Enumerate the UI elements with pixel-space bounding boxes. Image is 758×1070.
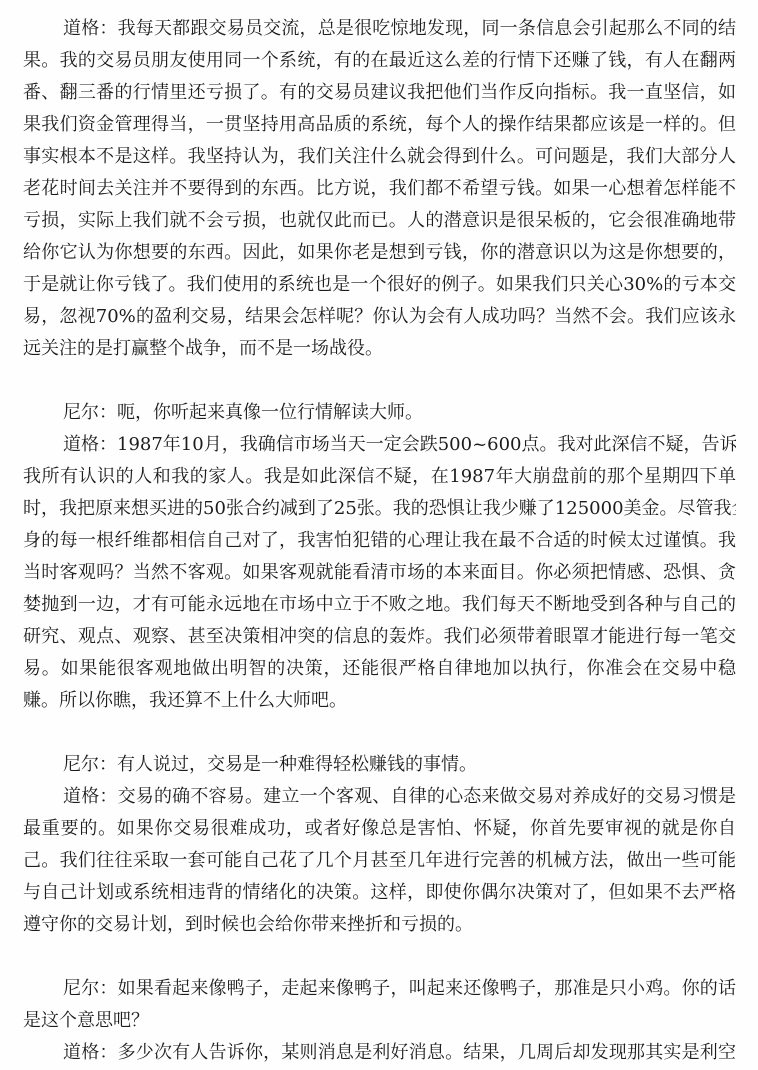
dialogue-paragraph: 尼尔：有人说过，交易是一种难得轻松赚钱的事情。 bbox=[23, 749, 736, 781]
dialogue-block: 尼尔：有人说过，交易是一种难得轻松赚钱的事情。道格：交易的确不容易。建立一个客观… bbox=[23, 749, 736, 941]
text-line: 我所有认识的人和我的家人。我是如此深信不疑，在1987年大崩盘前的那个星期四下单 bbox=[23, 461, 736, 493]
dialogue-paragraph: 尼尔：呃，你听起来真像一位行情解读大师。 bbox=[23, 397, 736, 429]
dialogue-paragraph: 道格：1987年10月，我确信市场当天一定会跌500~600点。我对此深信不疑，… bbox=[23, 429, 736, 717]
text-line: 果。我的交易员朋友使用同一个系统，有的在最近这么差的行情下还赚了钱，有人在翻两 bbox=[23, 45, 736, 77]
book-page: 道格：我每天都跟交易员交流，总是很吃惊地发现，同一条信息会引起那么不同的结果。我… bbox=[0, 0, 758, 1070]
text-line: 尼尔：如果看起来像鸭子，走起来像鸭子，叫起来还像鸭子，那准是只小鸡。你的话 bbox=[23, 973, 736, 1005]
text-line: 易。如果能很客观地做出明智的决策，还能很严格自律地加以执行，你准会在交易中稳 bbox=[23, 653, 736, 685]
text-line: 于是就让你亏钱了。我们使用的系统也是一个很好的例子。如果我们只关心30%的亏本交 bbox=[23, 269, 736, 301]
text-line: 老花时间去关注并不要得到的东西。比方说，我们都不希望亏钱。如果一心想着怎样能不 bbox=[23, 173, 736, 205]
text-line: 事实根本不是这样。我坚持认为，我们关注什么就会得到什么。可问题是，我们大部分人 bbox=[23, 141, 736, 173]
page-content: 道格：我每天都跟交易员交流，总是很吃惊地发现，同一条信息会引起那么不同的结果。我… bbox=[23, 13, 736, 1069]
text-line: 道格：交易的确不容易。建立一个客观、自律的心态来做交易对养成好的交易习惯是 bbox=[23, 781, 736, 813]
dialogue-paragraph: 道格：多少次有人告诉你，某则消息是利好消息。结果，几周后却发现那其实是利空 bbox=[23, 1037, 736, 1069]
text-line: 远关注的是打赢整个战争，而不是一场战役。 bbox=[23, 333, 736, 365]
text-line: 身的每一根纤维都相信自己对了，我害怕犯错的心理让我在最不合适的时候太过谨慎。我 bbox=[23, 525, 736, 557]
text-line: 亏损，实际上我们就不会亏损，也就仅此而已。人的潜意识是很呆板的，它会很准确地带 bbox=[23, 205, 736, 237]
dialogue-block: 尼尔：如果看起来像鸭子，走起来像鸭子，叫起来还像鸭子，那准是只小鸡。你的话是这个… bbox=[23, 973, 736, 1069]
dialogue-block: 尼尔：呃，你听起来真像一位行情解读大师。道格：1987年10月，我确信市场当天一… bbox=[23, 397, 736, 717]
text-line: 时，我把原来想买进的50张合约减到了25张。我的恐惧让我少赚了125000美金。… bbox=[23, 493, 736, 525]
text-line: 研究、观点、观察、甚至决策相冲突的信息的轰炸。我们必须带着眼罩才能进行每一笔交 bbox=[23, 621, 736, 653]
dialogue-block: 道格：我每天都跟交易员交流，总是很吃惊地发现，同一条信息会引起那么不同的结果。我… bbox=[23, 13, 736, 365]
dialogue-paragraph: 道格：我每天都跟交易员交流，总是很吃惊地发现，同一条信息会引起那么不同的结果。我… bbox=[23, 13, 736, 365]
text-line: 婪抛到一边，才有可能永远地在市场中立于不败之地。我们每天不断地受到各种与自己的 bbox=[23, 589, 736, 621]
dialogue-paragraph: 尼尔：如果看起来像鸭子，走起来像鸭子，叫起来还像鸭子，那准是只小鸡。你的话是这个… bbox=[23, 973, 736, 1037]
dialogue-paragraph: 道格：交易的确不容易。建立一个客观、自律的心态来做交易对养成好的交易习惯是最重要… bbox=[23, 781, 736, 941]
text-line: 最重要的。如果你交易很难成功，或者好像总是害怕、怀疑，你首先要审视的就是你自 bbox=[23, 813, 736, 845]
text-line: 尼尔：呃，你听起来真像一位行情解读大师。 bbox=[23, 397, 736, 429]
text-line: 遵守你的交易计划，到时候也会给你带来挫折和亏损的。 bbox=[23, 909, 736, 941]
text-line: 果我们资金管理得当，一贯坚持用高品质的系统，每个人的操作结果都应该是一样的。但 bbox=[23, 109, 736, 141]
text-line: 给你它认为你想要的东西。因此，如果你老是想到亏钱，你的潜意识以为这是你想要的， bbox=[23, 237, 736, 269]
text-line: 道格：1987年10月，我确信市场当天一定会跌500~600点。我对此深信不疑，… bbox=[23, 429, 736, 461]
text-line: 是这个意思吧？ bbox=[23, 1005, 736, 1037]
text-line: 与自己计划或系统相违背的情绪化的决策。这样，即使你偶尔决策对了，但如果不去严格 bbox=[23, 877, 736, 909]
text-line: 道格：我每天都跟交易员交流，总是很吃惊地发现，同一条信息会引起那么不同的结 bbox=[23, 13, 736, 45]
text-line: 当时客观吗？当然不客观。如果客观就能看清市场的本来面目。你必须把情感、恐惧、贪 bbox=[23, 557, 736, 589]
text-line: 尼尔：有人说过，交易是一种难得轻松赚钱的事情。 bbox=[23, 749, 736, 781]
text-line: 道格：多少次有人告诉你，某则消息是利好消息。结果，几周后却发现那其实是利空 bbox=[23, 1037, 736, 1069]
text-line: 己。我们往往采取一套可能自己花了几个月甚至几年进行完善的机械方法，做出一些可能 bbox=[23, 845, 736, 877]
text-line: 番、翻三番的行情里还亏损了。有的交易员建议我把他们当作反向指标。我一直坚信，如 bbox=[23, 77, 736, 109]
text-line: 赚。所以你瞧，我还算不上什么大师吧。 bbox=[23, 685, 736, 717]
text-line: 易，忽视70%的盈利交易，结果会怎样呢？你认为会有人成功吗？当然不会。我们应该永 bbox=[23, 301, 736, 333]
